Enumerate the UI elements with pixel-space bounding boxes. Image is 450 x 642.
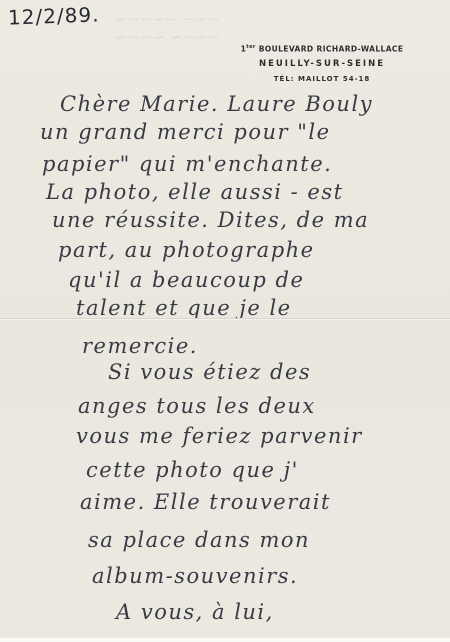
letter-line: papier" qui m'enchante. <box>42 152 332 176</box>
letterhead-address: 1ter BOULEVARD RICHARD-WALLACE <box>222 44 422 54</box>
letter-line: Si vous étiez des <box>108 360 311 384</box>
letter-date: 12/2/89. <box>8 2 100 29</box>
letter-line: album-souvenirs. <box>92 564 298 588</box>
letter-line: talent et que je le <box>76 296 292 320</box>
letter-paper: ~~~ ~~~~~~~~~ ~~~~ 12/2/89. 1ter BOULEVA… <box>0 0 450 642</box>
letter-line: remercie. <box>82 334 198 358</box>
letter-line: part, au photographe <box>58 238 315 262</box>
letter-line: une réussite. Dites, de ma <box>52 208 369 232</box>
letter-line: sa place dans mon <box>88 528 310 552</box>
letter-line: A vous, à lui, <box>116 600 274 624</box>
paper-fold <box>0 318 450 319</box>
letterhead-city: NEUILLY-SUR-SEINE <box>222 59 422 69</box>
letter-line: anges tous les deux <box>78 394 316 418</box>
letter-line: un grand merci pour "le <box>40 120 331 144</box>
letter-line: cette photo que j' <box>86 458 299 482</box>
letter-line: vous me feriez parvenir <box>76 424 363 448</box>
letter-line: aime. Elle trouverait <box>80 490 331 514</box>
letter-line: La photo, elle aussi - est <box>46 180 344 204</box>
paper-edge <box>0 638 450 642</box>
letter-line: qu'il a beaucoup de <box>68 268 304 292</box>
letter-line: Chère Marie. Laure Bouly <box>60 92 373 116</box>
letterhead: 1ter BOULEVARD RICHARD-WALLACE NEUILLY-S… <box>222 44 422 83</box>
letterhead-phone: TÉL: MAILLOT 54-18 <box>222 75 422 83</box>
